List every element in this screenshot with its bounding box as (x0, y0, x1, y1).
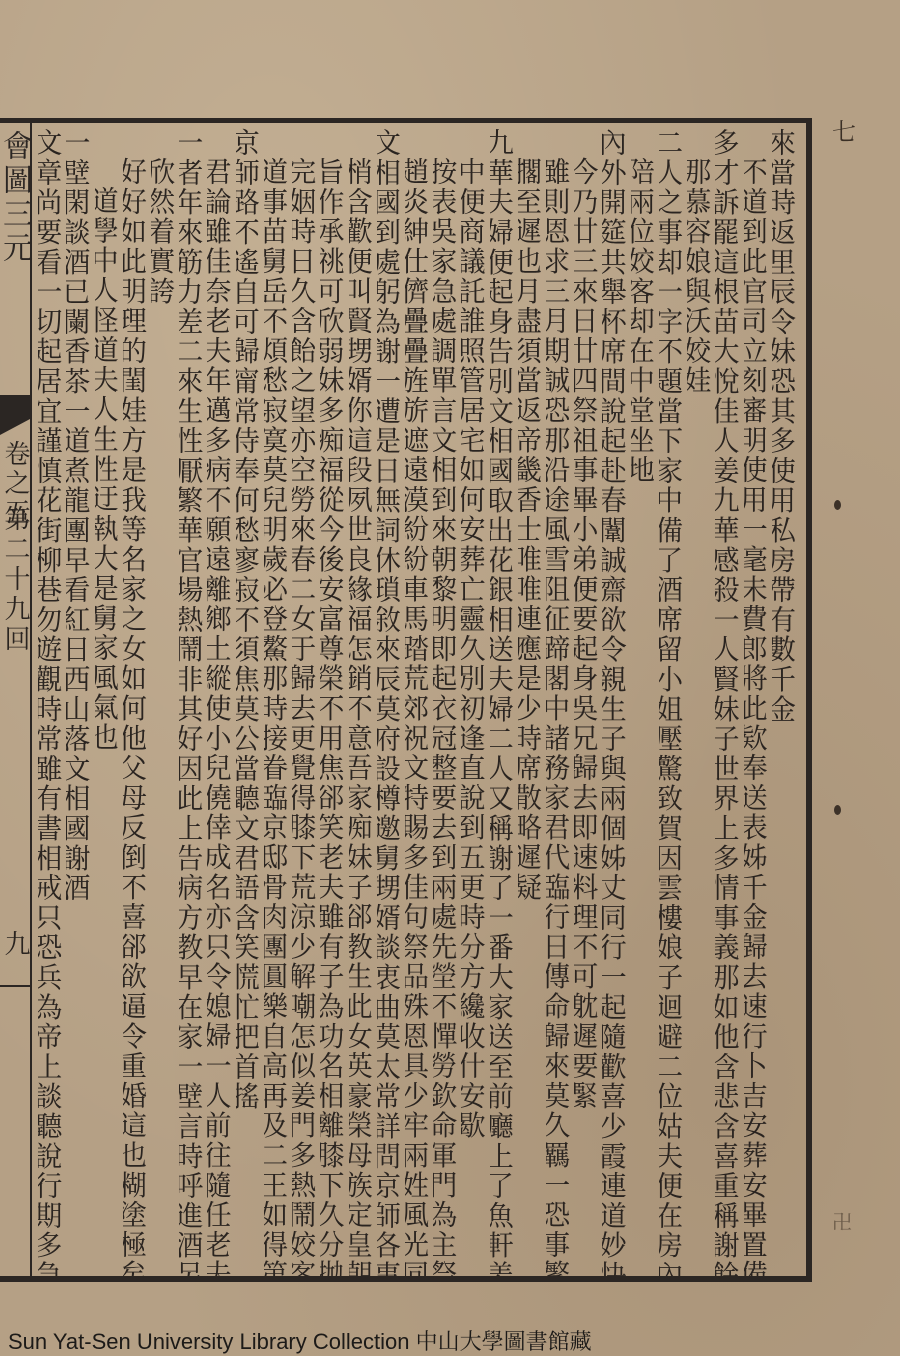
text-column: 九華夫婦便起身告別文相國取出花銀相送夫婦二人又稱謝了一番大家送至前廳上了魚軒姜府… (490, 128, 518, 1276)
handwritten-margin-mark: 七 (832, 112, 856, 147)
text-column: 按表吳家急處調單言文相到來朝黎明即起衣冠整要去到兩處先塋不憚勞欽命軍門為主祭各般… (433, 128, 461, 1276)
main-text-body: 來當時返里辰令妹恐其多使用私房帶有數千金 不道到此官司立刻審明使用一毫未費郎將此… (38, 128, 800, 1276)
text-column: 中便商議託誰照管居宅如何安葬亡靈久別初逢直說到五更時分方纔收什安歇 (461, 128, 489, 1276)
text-column: 文相國到處躬為謝一遭是日無詞休瑣敘來辰莫府設樽邀舅甥婿談衷曲莫太常詳問京師各事苗… (377, 128, 405, 1276)
margin-stamp-mark: 卍 (832, 1206, 852, 1235)
text-column: 今乃廿三來日廿四祭祖事畢小弟便要起身吳兄歸去即速料理不可躭遲要緊 (574, 128, 602, 1276)
text-column: 旨作承祧可欣弱妹多痴福從今後安富尊榮不用焦郤笑老夫雖有子為功名相離膝下久分拋秋風… (320, 128, 348, 1276)
banxin-page-number: 九 (2, 930, 28, 956)
text-column: 京師路不遙自可歸甯常侍奉何愁寥寂不須焦莫公當聽文君語含笑慌忙把首搖 (236, 128, 264, 1276)
banxin-book-title: 會圖三元 (0, 130, 28, 266)
text-column: 一壁閑談酒已闌香茶一道煮龍團早看紅日西山落文相國謝酒 (66, 128, 94, 1276)
binding-hole (834, 500, 841, 510)
text-column: 君論雖佳奈老夫年邁多病不願遠離鄉土縱使小兒僥倖成名亦只令媳婦一人前往隨任老夫婦只… (207, 128, 235, 1276)
text-column: 來當時返里辰令妹恐其多使用私房帶有數千金 (772, 128, 800, 1276)
text-column: 那慕容娘與沃姣娃 (687, 128, 715, 1276)
binding-hole (834, 805, 841, 815)
text-column: 欣然着實誇 (151, 128, 179, 1276)
banxin-chapter-label: 第二十九回 (2, 505, 28, 655)
text-column: 不道到此官司立刻審明使用一毫未費郎將此欵奉送表姊千金歸去速行卜吉安葬安畢置備行裝… (744, 128, 772, 1276)
collection-credit: Sun Yat-Sen University Library Collectio… (8, 1325, 592, 1356)
text-column: 趙炎紳仕儕疊疊旌旂遮遠漠紛紛車馬踏荒郊祝文特賜多佳句祭品殊恩具少牢兩姓風光同一體… (405, 128, 433, 1276)
banxin-center-column (0, 123, 32, 1276)
text-column: 好好如此明理的閨娃方是我等名家之女如何他父母反倒不喜郤欲逼令重婚這也糊塗極矣少霞… (123, 128, 151, 1276)
text-column: 一者年來筋力差二來生性厭繁華官場熱鬧非其好因此上告病方教早在家一壁言時呼進酒另將… (179, 128, 207, 1276)
text-column: 道事苗舅岳不煩愁寂寞莫兒明歲必登鰲那時接眷臨京邸骨肉團圓樂自高再及二王如得第自應… (264, 128, 292, 1276)
text-column: 完姻時日久含飴之望亦空勞來春二女于歸去更覺得膝下荒涼少解嘲怎似姜門多熱鬧姣客個個… (292, 128, 320, 1276)
text-column: 二人之事却一字不題當下家中備了酒席留小姐壓驚致賀因雲樓娘子迴避二位姑夫便在房內擺… (659, 128, 687, 1276)
text-column: 道學中人怪道夫人生性迂執大是舅家風氣也 (95, 128, 123, 1276)
text-column: 雖則恩求三月期誠恐那沿途風雪阻征蹄閣中諸務家君代臨行日傳命歸來莫久羈一恐事繁難獨… (546, 128, 574, 1276)
text-column: 內外開筵共舉杯席間說起赴春闈誠齋欲令親生子與兩個姊丈同行一起隨歡喜少霞連道妙快將… (602, 128, 630, 1276)
text-column: 梢含歡便叫賢甥婿你這段夙世良緣福怎銷不意吾家痴妹子郤教生此女英豪榮母族定皇朝不獨… (349, 128, 377, 1276)
text-column: 多才訴罷這根苗大悅佳人姜九華感殺一人賢妹子世界上多情事義那如他含悲含喜重稱謝餘事… (715, 128, 743, 1276)
text-column: 陪兩位姣客却在中堂坐地 (631, 128, 659, 1276)
text-column: 擱至遲也月盡須當返帝畿香士唯唯連應是少時席散略遲疑 (518, 128, 546, 1276)
text-column: 文章尚要看一切起居宜謹慎花街柳巷勿遊觀時常雖有書相戒只恐兵為帝上談聽說行期多急迫… (38, 128, 66, 1276)
banxin-divider (0, 985, 30, 987)
